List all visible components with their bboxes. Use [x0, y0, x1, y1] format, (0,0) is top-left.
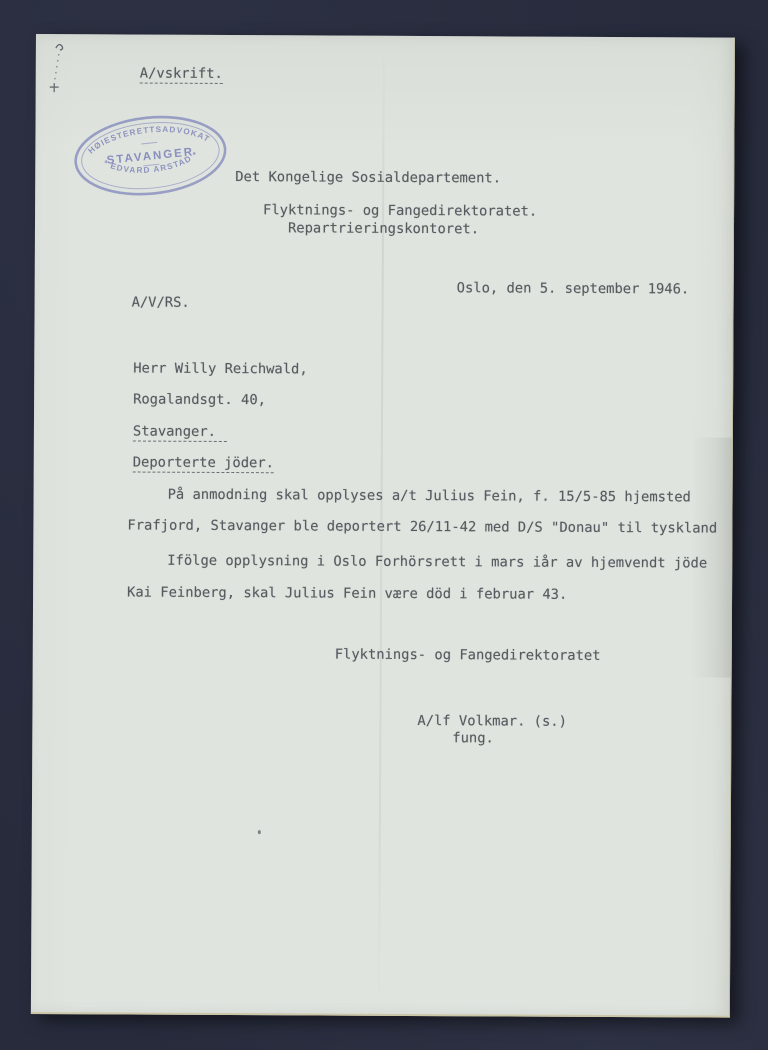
- signature-organization: Flyktnings- og Fangedirektoratet: [335, 647, 601, 664]
- letter-page: A/vskrift. HØIESTERETTSADVOKAT STAVANGER…: [31, 34, 735, 1018]
- recipient-name: Herr Willy Reichwald,: [133, 361, 308, 378]
- sender-directorate: Flyktnings- og Fangedirektoratet.: [263, 202, 537, 219]
- reference-code: A/V/RS.: [132, 295, 190, 311]
- signature-name: A/lf Volkmar. (s.): [417, 713, 567, 730]
- document-heading: A/vskrift.: [140, 66, 223, 84]
- sender-office: Repartrieringskontoret.: [288, 220, 479, 237]
- body-paragraph1-line1: På anmodning skal opplyses a/t Julius Fe…: [168, 487, 691, 506]
- sender-department: Det Kongelige Sosialdepartement.: [235, 169, 501, 186]
- stamp-oval-icon: HØIESTERETTSADVOKAT STAVANGER * EDVARD A…: [68, 107, 233, 204]
- lawyer-stamp: HØIESTERETTSADVOKAT STAVANGER * EDVARD A…: [68, 107, 233, 204]
- recipient-street: Rogalandsgt. 40,: [133, 392, 266, 409]
- body-paragraph2-line2: Kai Feinberg, skal Julius Fein være död …: [127, 584, 567, 602]
- dateline: Oslo, den 5. september 1946.: [457, 280, 690, 297]
- body-paragraph1-line2: Frafjord, Stavanger ble deportert 26/11-…: [127, 517, 717, 536]
- body-paragraph2-line1: Ifölge opplysning i Oslo Forhörsrett i m…: [167, 553, 707, 572]
- signature-title: fung.: [452, 730, 494, 746]
- subject-line: Deporterte jöder.: [133, 455, 274, 474]
- staple-mark: [48, 38, 72, 102]
- recipient-city: Stavanger.: [133, 424, 227, 442]
- ink-dot-mark: [258, 830, 261, 834]
- scan-background: { "scan": { "background_color": "#272b3c…: [0, 0, 768, 1050]
